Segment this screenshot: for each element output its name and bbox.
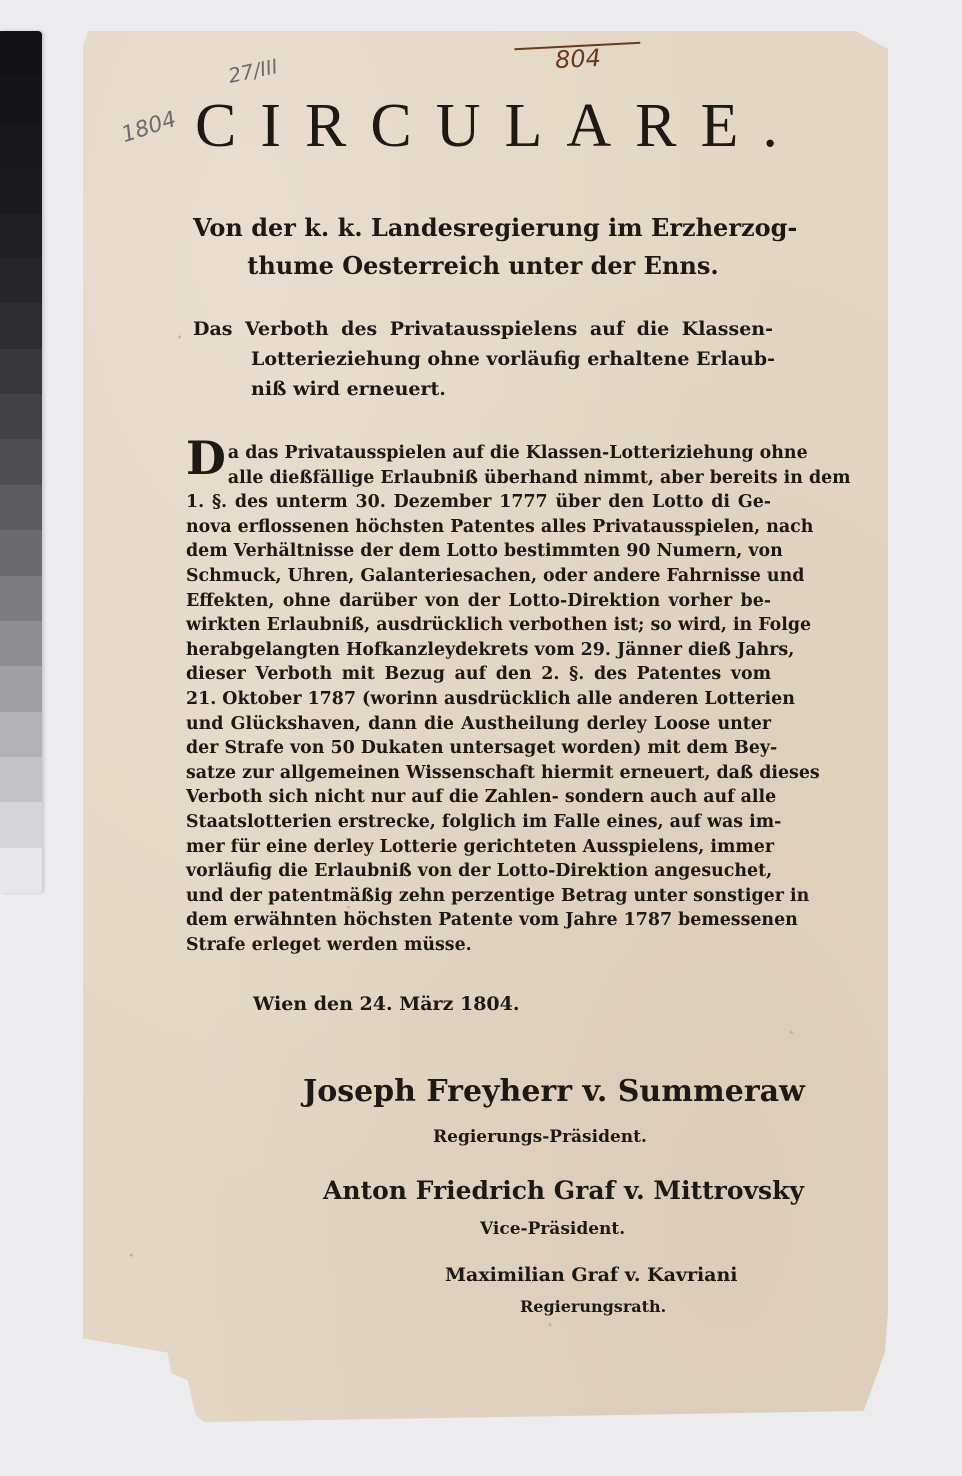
gray-scale-calibration-strip [0,31,42,893]
gray-scale-step [0,349,42,394]
body-line: der Strafe von 50 Dukaten untersaget wor… [186,736,771,761]
body-line: alle dießfällige Erlaubniß überhand nimm… [186,466,771,491]
gray-scale-step [0,621,42,666]
body-line: dieser Verboth mit Bezug auf den 2. §. d… [186,662,771,687]
signature-name: Joseph Freyherr v. Summeraw [303,1074,763,1109]
issuer-heading: Von der k. k. Landesregierung im Erzherz… [193,209,773,285]
body-line: herabgelangten Hofkanzleydekrets vom 29.… [186,638,771,663]
signature-role: Regierungsrath. [520,1297,666,1316]
signature-role: Vice-Präsident. [480,1219,625,1239]
body-line: mer für eine derley Lotterie gerichteten… [186,835,771,860]
subject-line: niß wird erneuert. [251,374,773,404]
body-line: Verboth sich nicht nur auf die Zahlen- s… [186,785,771,810]
signature-role: Regierungs-Präsident. [433,1127,647,1147]
subject-line: Das Verboth des Privatausspielens auf di… [193,314,773,344]
issuer-line: thume Oesterreich unter der Enns. [193,247,773,285]
body-line: 21. Oktober 1787 (worinn ausdrücklich al… [186,687,771,712]
body-line: dem Verhältnisse der dem Lotto bestimmte… [186,539,771,564]
place-date: Wien den 24. März 1804. [253,993,519,1015]
body-line: satze zur allgemeinen Wissenschaft hierm… [186,761,771,786]
page-title: CIRCULARE. [195,91,795,161]
body-line: nova erflossenen höchsten Patentes alles… [186,515,771,540]
gray-scale-step [0,76,42,121]
signature-name: Anton Friedrich Graf v. Mittrovsky [323,1176,763,1205]
gray-scale-step [0,712,42,757]
body-line: und der patentmäßig zehn perzentige Betr… [186,884,771,909]
gray-scale-step [0,576,42,621]
body-line: Staatslotterien erstrecke, folglich im F… [186,810,771,835]
body-line: a das Privatausspielen auf die Klassen-L… [186,441,771,466]
pencil-date-annotation: 27/III [226,54,280,88]
document-sheet: 804 27/III 1804 CIRCULARE. Von der k. k.… [83,31,888,1422]
gray-scale-step [0,757,42,802]
body-line: Schmuck, Uhren, Galanteriesachen, oder a… [186,564,771,589]
body-line: dem erwähnten höchsten Patente vom Jahre… [186,908,771,933]
gray-scale-step [0,31,42,76]
gray-scale-step [0,530,42,575]
subject-line: Lotteriezieh­ung ohne vorläufig erhalten… [251,344,773,374]
body-line: vorläufig die Erlaubniß von der Lotto-Di… [186,859,771,884]
gray-scale-step [0,666,42,711]
gray-scale-step [0,802,42,847]
gray-scale-step [0,258,42,303]
gray-scale-step [0,303,42,348]
gray-scale-step [0,485,42,530]
gray-scale-step [0,122,42,167]
body-line: wirkten Erlaubniß, ausdrücklich verbothe… [186,613,771,638]
archive-number-annotation: 804 [514,42,641,75]
gray-scale-step [0,167,42,212]
drop-cap-initial: D [186,435,226,481]
issuer-line: Von der k. k. Landesregierung im Erzherz… [193,209,773,247]
body-line: Strafe erleget werden müsse. [186,933,771,958]
subject-heading: Das Verboth des Privatausspielens auf di… [193,314,773,404]
body-line: und Glückshaven, dann die Austheilung de… [186,712,771,737]
gray-scale-step [0,848,42,893]
body-text: D a das Privatausspielen auf die Klassen… [186,441,771,957]
gray-scale-step [0,439,42,484]
gray-scale-step [0,394,42,439]
pencil-year-annotation: 1804 [119,107,180,148]
body-line: Effekten, ohne darüber von der Lotto-Dir… [186,589,771,614]
gray-scale-step [0,213,42,258]
body-line: 1. §. des unterm 30. Dezember 1777 über … [186,490,771,515]
signature-name: Maximilian Graf v. Kavriani [445,1264,738,1286]
